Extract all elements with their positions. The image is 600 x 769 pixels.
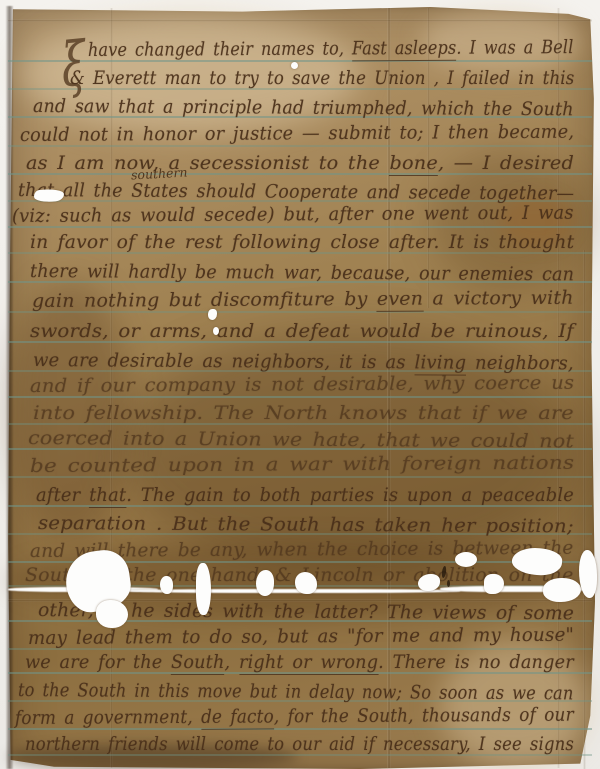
manuscript-text: in favor of the rest following close aft… (30, 232, 574, 253)
inserted-word-southern: southern (131, 165, 188, 183)
manuscript-line: there will hardly be much war, because, … (30, 261, 574, 286)
manuscript-line: and if our company is not desirable, why… (30, 373, 574, 398)
manuscript-line: (viz: such as would secede) but, after o… (12, 203, 574, 228)
manuscript-text: , (225, 652, 239, 673)
manuscript-line: to the South in this move but in delay n… (18, 680, 574, 705)
fold-crease (583, 250, 586, 769)
manuscript-text: , for the South, thousands of our (274, 705, 574, 728)
manuscript-line: as I am now, a secessionist to the bone,… (26, 153, 574, 175)
manuscript-line: have changed their names to, Fast asleep… (88, 37, 574, 62)
manuscript-line: could not in honor or justice — submit t… (20, 122, 574, 147)
manuscript-text: could not in honor or justice — submit t… (20, 122, 574, 146)
manuscript-text: there will hardly be much war, because, … (30, 261, 574, 285)
manuscript-line: into fellowship. The North knows that if… (33, 403, 574, 425)
manuscript-text: into fellowship. The North knows that if… (33, 403, 574, 424)
manuscript-line: gain nothing but discomfiture by even a … (32, 288, 574, 313)
manuscript-text: form a government, (15, 707, 201, 729)
underlined-phrase: Fast asleeps (352, 38, 456, 62)
underlined-phrase: even (377, 289, 423, 312)
manuscript-text: be counted upon in a war with foreign na… (30, 453, 574, 477)
manuscript-text: separation . But the South has taken her… (38, 513, 574, 537)
manuscript-text: and if our company is not desirable, why… (30, 373, 574, 397)
underlined-phrase: bone (389, 153, 438, 176)
manuscript-line: and saw that a principle had triumphed, … (33, 96, 574, 121)
manuscript-line: swords, or arms, and a defeat would be r… (30, 321, 574, 343)
manuscript-line: separation . But the South has taken her… (38, 513, 574, 538)
manuscript-text: . There is no danger (378, 652, 574, 673)
underlined-phrase: South (171, 652, 224, 675)
paper-tear-hole (256, 570, 274, 596)
paper-hole (291, 62, 298, 69)
manuscript-line: in favor of the rest following close aft… (30, 232, 574, 254)
paper-tear-hole (96, 600, 128, 628)
manuscript-text: . I was a Bell (456, 37, 573, 59)
manuscript-text: gain nothing but discomfiture by (32, 289, 377, 312)
manuscript-line: may lead them to do so, but as "for me a… (28, 625, 574, 650)
manuscript-text: as I am now, a secessionist to the (26, 153, 389, 174)
manuscript-line: we are desirable as neighbors, it is as … (33, 350, 574, 375)
manuscript-text: that all the States should Cooperate and… (18, 180, 574, 204)
paper-tear-hole (160, 576, 173, 594)
manuscript-text: a victory with (423, 288, 574, 310)
scanned-letter: ξ have changed their names to, Fast asle… (0, 0, 600, 769)
manuscript-line: that all the States should Cooperate and… (18, 180, 574, 205)
manuscript-text: have changed their names to, (88, 38, 352, 61)
manuscript-line: coerced into a Union we hate, that we co… (28, 428, 574, 453)
underlined-phrase: that (89, 485, 126, 508)
fold-crease (8, 19, 592, 22)
manuscript-line: & Everett man to try to save the Union ,… (70, 68, 574, 90)
manuscript-line: northern friends will come to our aid if… (25, 734, 574, 756)
manuscript-text: coerced into a Union we hate, that we co… (28, 428, 574, 452)
paper-hole (213, 327, 219, 335)
ink-speck (447, 580, 450, 587)
manuscript-line: we are for the South, right or wrong. Th… (25, 652, 574, 674)
underlined-phrase: de facto (201, 706, 274, 729)
manuscript-text: swords, or arms, and a defeat would be r… (30, 321, 574, 342)
manuscript-text: we are for the (25, 652, 171, 673)
underlined-phrase: living (415, 352, 467, 375)
manuscript-text: to the South in this move but in delay n… (18, 680, 574, 704)
manuscript-text: (viz: such as would secede) but, after o… (12, 203, 574, 227)
manuscript-text: , — I desired (438, 153, 574, 174)
manuscript-line: be counted upon in a war with foreign na… (30, 453, 574, 478)
underlined-phrase: right or wrong (239, 652, 378, 675)
manuscript-text: may lead them to do so, but as "for me a… (28, 625, 574, 649)
paper-tear-hole (196, 563, 211, 615)
paper-tear-hole (295, 572, 317, 594)
paper-tear-hole (579, 550, 597, 598)
manuscript-text: & Everett man to try to save the Union ,… (70, 68, 574, 89)
manuscript-line: form a government, de facto, for the Sou… (15, 705, 574, 730)
paper-tear-hole (455, 552, 477, 567)
paper-tear-hole (130, 589, 460, 593)
manuscript-line: after that. The gain to both parties is … (36, 485, 574, 507)
manuscript-text: neighbors, (466, 353, 574, 375)
manuscript-text: . The gain to both parties is upon a pea… (126, 485, 574, 506)
manuscript-text: northern friends will come to our aid if… (25, 734, 574, 755)
manuscript-text: after (36, 485, 89, 506)
manuscript-text: we are desirable as neighbors, it is as (33, 350, 415, 373)
manuscript-text: and saw that a principle had triumphed, … (33, 96, 574, 120)
